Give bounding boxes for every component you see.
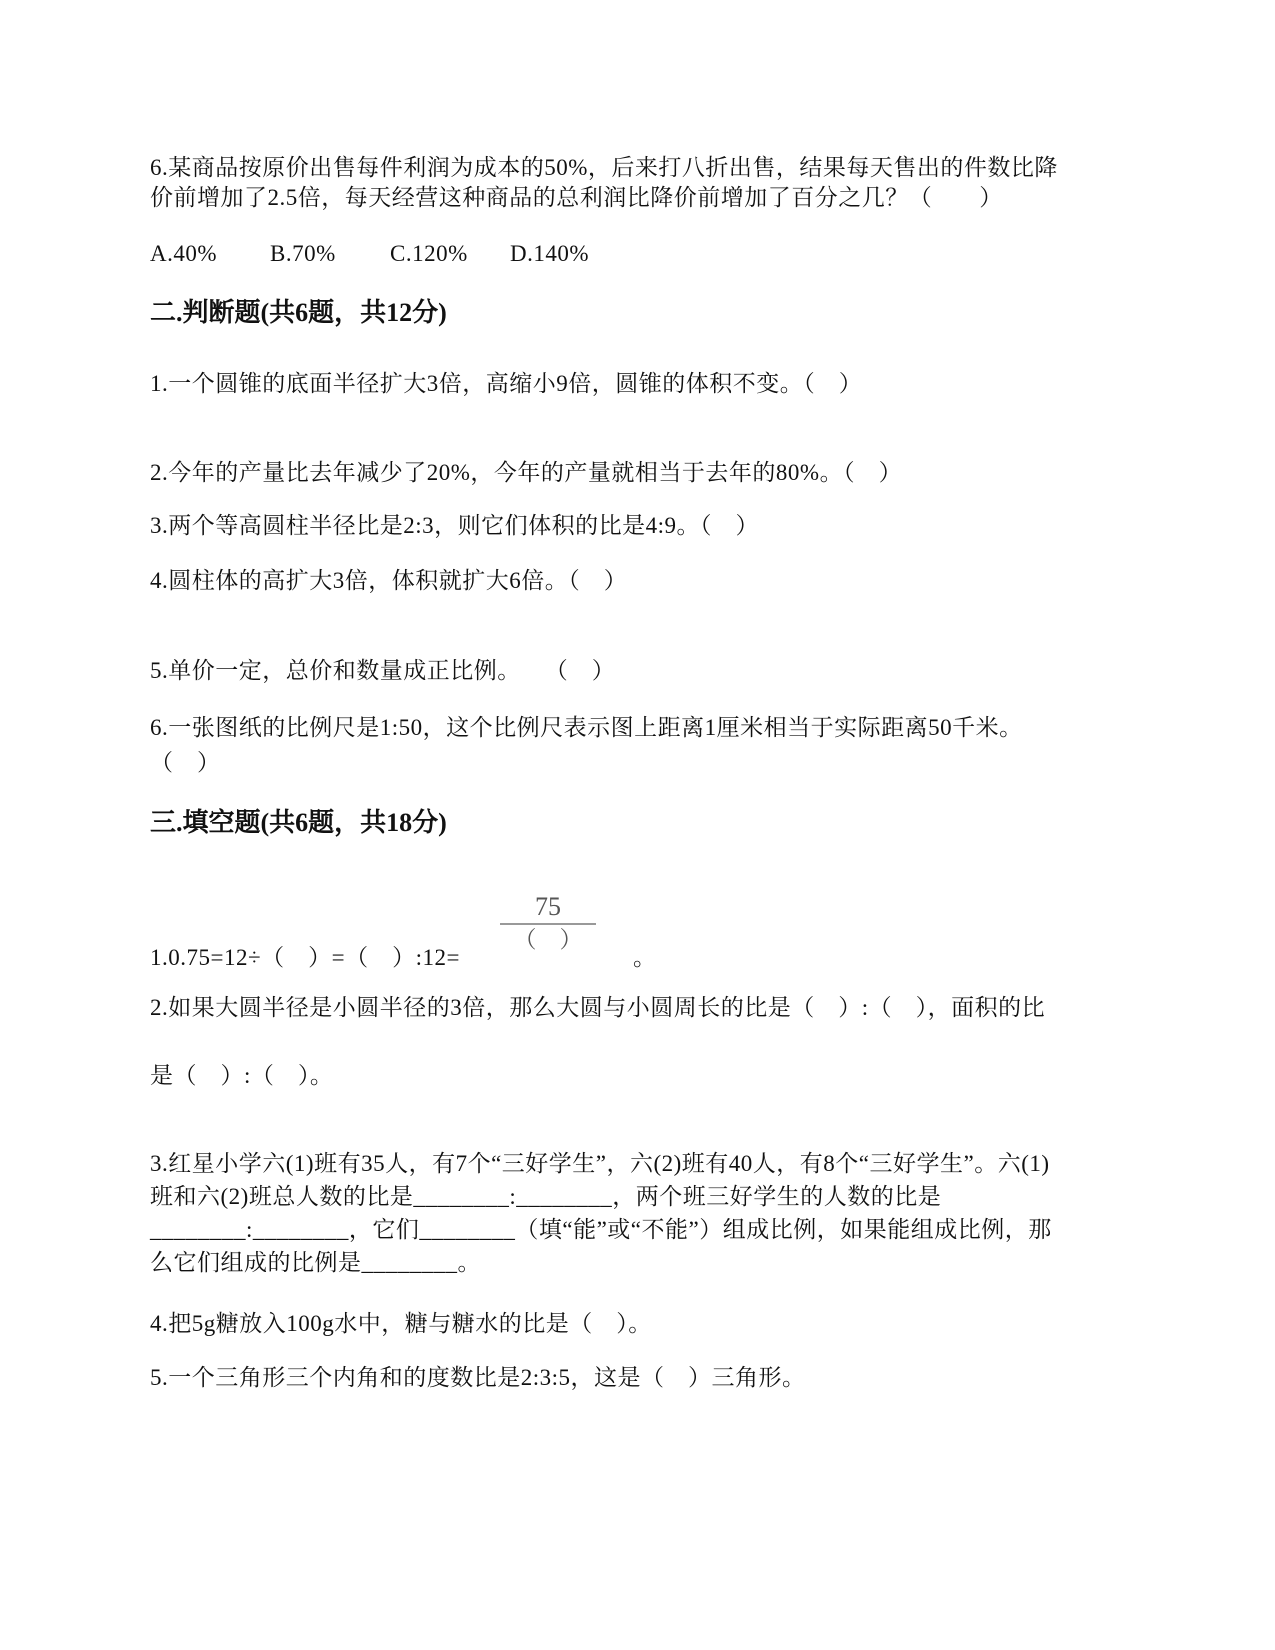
fill-question-1: 1.0.75=12÷（ ）=（ ）:12= 75 （ ） 。 [150, 944, 460, 972]
option-c: C.120% [390, 240, 510, 268]
judge-question-3: 3.两个等高圆柱半径比是2:3，则它们体积的比是4:9。（ ） [150, 512, 759, 540]
fill-question-4: 4.把5g糖放入100g水中，糖与糖水的比是（ ）。 [150, 1310, 652, 1338]
option-d: D.140% [510, 240, 589, 268]
fill-question-3-line-2: 班和六(2)班总人数的比是________:________，两个班三好学生的人… [150, 1183, 941, 1211]
option-b: B.70% [270, 240, 390, 268]
fraction: 75 （ ） [500, 892, 596, 955]
option-a: A.40% [150, 240, 270, 268]
judge-section-header: 二.判断题(共6题，共12分) [150, 298, 447, 328]
fill-question-5: 5.一个三角形三个内角和的度数比是2:3:5，这是（ ）三角形。 [150, 1364, 806, 1392]
fill-question-3-line-4: 么它们组成的比例是________。 [150, 1249, 481, 1277]
fraction-numerator: 75 [500, 892, 596, 925]
fill-question-2-line-1: 2.如果大圆半径是小圆半径的3倍，那么大圆与小圆周长的比是（ ）:（ ），面积的… [150, 994, 1045, 1022]
fill-question-2-line-2: 是（ ）:（ ）。 [150, 1062, 333, 1090]
fill-question-3-line-1: 3.红星小学六(1)班有35人，有7个“三好学生”，六(2)班有40人，有8个“… [150, 1150, 1050, 1178]
judge-question-6-line-1: 6.一张图纸的比例尺是1:50，这个比例尺表示图上距离1厘米相当于实际距离50千… [150, 714, 1023, 742]
test-paper-page: 6.某商品按原价出售每件利润为成本的50%，后来打八折出售，结果每天售出的件数比… [0, 0, 1275, 1650]
fraction-denominator: （ ） [500, 925, 596, 955]
fill-question-1-prefix: 1.0.75=12÷（ ）=（ ）:12= [150, 945, 460, 970]
mc-question6-options-row: A.40%B.70%C.120%D.140% [150, 240, 589, 268]
fill-section-header: 三.填空题(共6题，共18分) [150, 808, 447, 838]
fill-question-1-suffix: 。 [633, 944, 657, 972]
judge-question-6-line-2: （ ） [150, 749, 221, 777]
judge-question-4: 4.圆柱体的高扩大3倍，体积就扩大6倍。（ ） [150, 567, 627, 595]
judge-question-1: 1.一个圆锥的底面半径扩大3倍，高缩小9倍，圆锥的体积不变。（ ） [150, 370, 862, 398]
judge-question-5: 5.单价一定，总价和数量成正比例。 （ ） [150, 657, 615, 685]
judge-question-2: 2.今年的产量比去年减少了20%，今年的产量就相当于去年的80%。（ ） [150, 459, 902, 487]
mc-question6-line-2: 价前增加了2.5倍，每天经营这种商品的总利润比降价前增加了百分之几？（ ） [150, 184, 1003, 212]
fill-question-3-line-3: ________:________，它们________（填“能”或“不能”）组… [150, 1216, 1052, 1244]
mc-question6-line-1: 6.某商品按原价出售每件利润为成本的50%，后来打八折出售，结果每天售出的件数比… [150, 154, 1058, 182]
